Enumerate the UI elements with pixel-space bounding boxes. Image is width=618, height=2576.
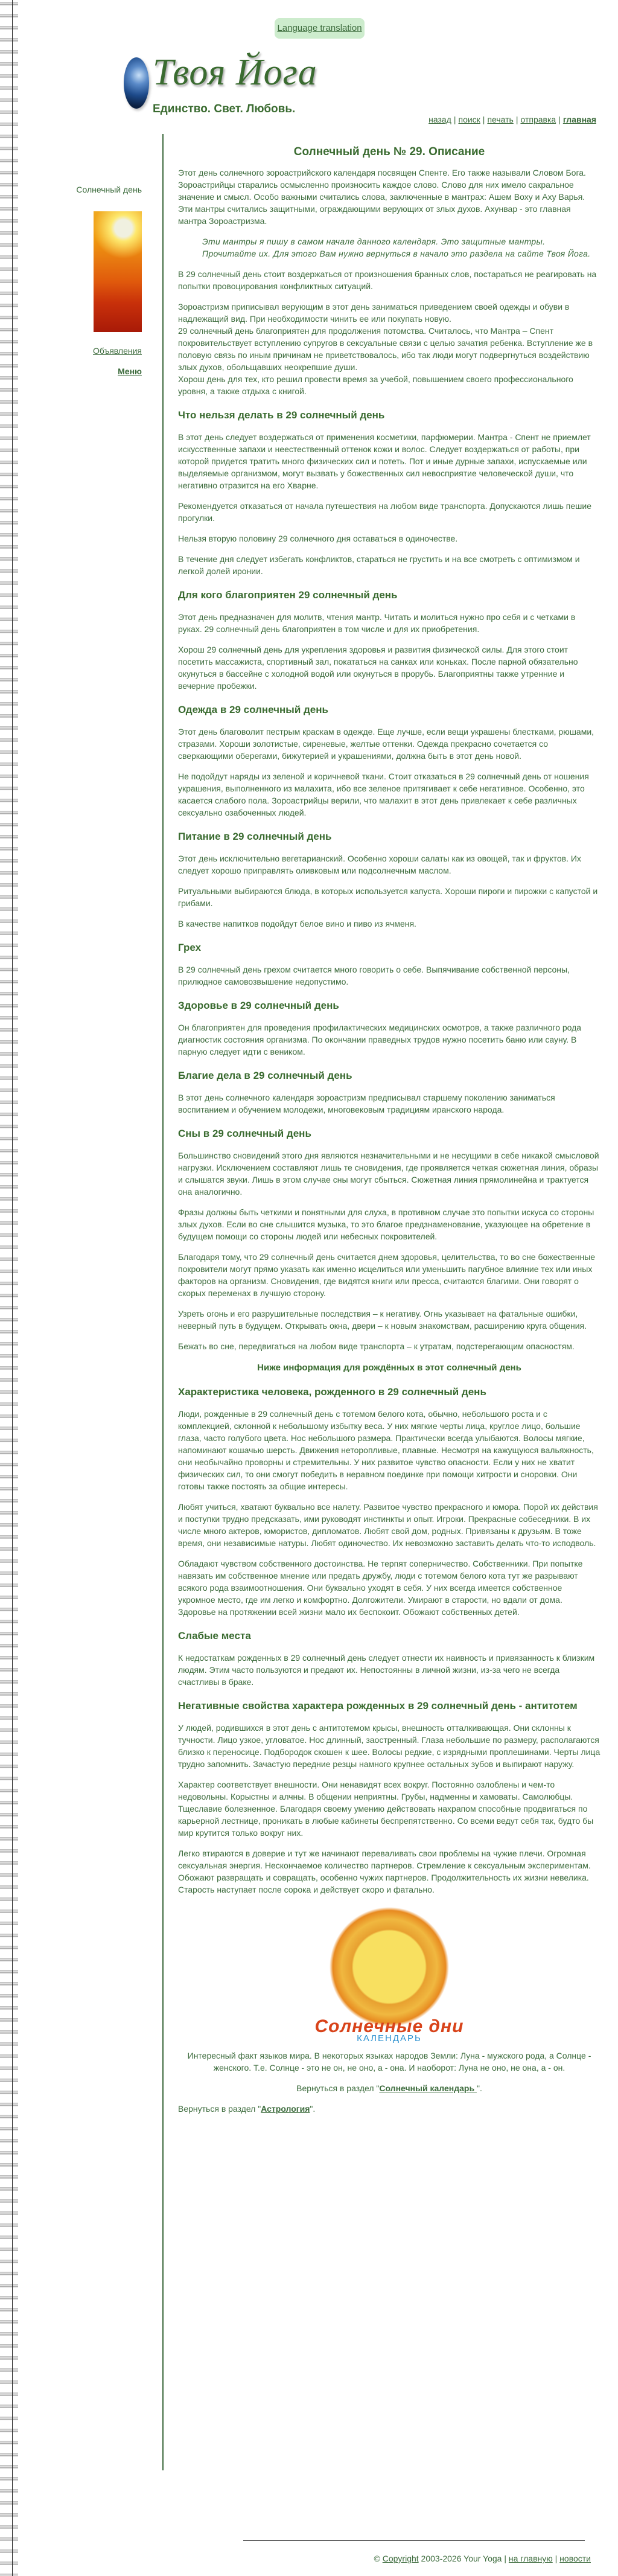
globe-logo-icon [124,57,149,109]
section-paragraph: В качестве напитков подойдут белое вино … [178,918,600,930]
article-content: Солнечный день № 29. Описание Этот день … [178,142,600,2123]
footer-news-link[interactable]: новости [559,2554,591,2563]
footer: © Copyright 2003-2026 Your Yoga | на гла… [374,2554,591,2563]
section-paragraph: У людей, родившихся в этот день с антито… [178,1722,600,1770]
language-translation-button[interactable]: Language translation [275,18,364,39]
section-paragraph: Большинство сновидений этого дня являютс… [178,1149,600,1198]
section-paragraph: В этот день следует воздержаться от прим… [178,431,600,491]
nav-search-link[interactable]: поиск [458,115,480,124]
solar-days-logo: Солнечные дни КАЛЕНДАРЬ [178,1906,600,2045]
footer-divider [243,2540,585,2541]
intro-line: Этот день солнечного зороастрийского кал… [178,168,586,177]
intro-line: Зороастрийцы старались осмысленно произн… [178,180,585,226]
section-paragraph: Люди, рожденные в 29 солнечный день с то… [178,1408,600,1492]
section-paragraph: Благодаря тому, что 29 солнечный день сч… [178,1251,600,1299]
nav-back-link[interactable]: назад [428,115,451,124]
section-paragraph: Хорош 29 солнечный день для укрепления з… [178,644,600,692]
solar-days-logo-title: Солнечные дни [178,2021,600,2033]
site-logo[interactable]: Твоя Йога [153,51,317,94]
solar-calendar-link[interactable]: Солнечный календарь [379,2083,477,2093]
nav-separator: | [558,115,561,124]
section-heading: Сны в 29 солнечный день [178,1127,600,1141]
interesting-fact: Интересный факт языков мира. В некоторых… [178,2050,600,2074]
section-paragraph: Нельзя вторую половину 29 солнечного дня… [178,532,600,545]
section-heading: Благие дела в 29 солнечный день [178,1069,600,1083]
section-paragraph: Узреть огонь и его разрушительные послед… [178,1308,600,1332]
author-quote: Эти мантры я пишу в самом начале данного… [202,235,600,260]
section-paragraph: Этот день благоволит пестрым краскам в о… [178,726,600,762]
nav-separator: | [454,115,456,124]
sidebar-section-label: Солнечный день [36,185,142,194]
footer-home-link[interactable]: на главную [509,2554,553,2563]
section-heading: Слабые места [178,1629,600,1643]
back-prefix: Вернуться в раздел " [296,2083,379,2093]
section-paragraph: Фразы должны быть четкими и понятными дл… [178,1206,600,1242]
site-header: Твоя Йога Единство. Свет. Любовь. [124,54,425,115]
back-suffix: ". [477,2083,482,2093]
section-paragraph: Рекомендуется отказаться от начала путеш… [178,500,600,524]
section-heading: Одежда в 29 солнечный день [178,703,600,717]
section-paragraph: Не подойдут наряды из зеленой и коричнев… [178,770,600,819]
section-paragraph: Бежать во сне, передвигаться на любом ви… [178,1340,600,1352]
section-paragraph: Ритуальными выбираются блюда, в которых … [178,885,600,909]
section-paragraph: Он благоприятен для проведения профилакт… [178,1021,600,1058]
back-to-astrology: Вернуться в раздел "Астрология". [178,2103,600,2115]
back-prefix: Вернуться в раздел " [178,2104,261,2114]
astrology-link[interactable]: Астрология [261,2104,310,2114]
born-sections: Характеристика человека, рожденного в 29… [178,1385,600,1896]
back-suffix: ". [310,2104,315,2114]
sun-face-icon [329,1906,450,2027]
section-paragraph: В 29 солнечный день грехом считается мно… [178,964,600,988]
section-heading: Грех [178,941,600,955]
nav-print-link[interactable]: печать [487,115,513,124]
section-paragraph: Характер соответствует внешности. Они не… [178,1779,600,1839]
section-paragraph: Этот день предназначен для молитв, чтени… [178,611,600,635]
section-heading: Здоровье в 29 солнечный день [178,999,600,1013]
section-paragraph: Легко втираются в доверие и тут же начин… [178,1847,600,1896]
born-heading: Ниже информация для рождённых в этот сол… [178,1362,600,1374]
sidebar: Солнечный день Объявления Меню [36,181,142,376]
content-divider [162,134,164,2470]
section-heading: Питание в 29 солнечный день [178,829,600,844]
back-to-calendar: Вернуться в раздел "Солнечный календарь … [178,2082,600,2094]
copyright-link[interactable]: Copyright [383,2554,419,2563]
sidebar-ads-link[interactable]: Объявления [36,346,142,356]
section-paragraph: К недостаткам рожденных в 29 солнечный д… [178,1652,600,1688]
section-heading: Негативные свойства характера рожденных … [178,1699,600,1713]
section-paragraph: Этот день исключительно вегетарианский. … [178,852,600,877]
footer-separator: | [555,2554,558,2563]
copyright-symbol: © [374,2554,380,2563]
text-line: Зороастризм приписывал верующим в этот д… [178,302,569,324]
intro-paragraph: Этот день солнечного зороастрийского кал… [178,167,600,227]
section-paragraph: Обладают чувством собственного достоинст… [178,1558,600,1618]
text-line: Хорош день для тех, кто решил провести в… [178,374,573,396]
solar-days-logo-subtitle: КАЛЕНДАРЬ [178,2033,600,2045]
paragraph: В 29 солнечный день стоит воздержаться о… [178,268,600,292]
section-heading: Для кого благоприятен 29 солнечный день [178,588,600,602]
language-bar: Language translation [0,18,618,39]
copyright-text: 2003-2026 Your Yoga [421,2554,502,2563]
sunset-image [94,211,142,332]
section-paragraph: В течение дня следует избегать конфликто… [178,553,600,577]
site-tagline: Единство. Свет. Любовь. [153,103,295,116]
nav-home-link[interactable]: главная [563,115,596,124]
text-line: 29 солнечный день благоприятен для продо… [178,326,593,372]
nav-separator: | [516,115,518,124]
section-heading: Характеристика человека, рожденного в 29… [178,1385,600,1399]
footer-separator: | [504,2554,506,2563]
nav-send-link[interactable]: отправка [520,115,556,124]
top-navigation: назад|поиск|печать|отправка|главная [428,115,596,124]
page-title: Солнечный день № 29. Описание [178,146,600,158]
section-paragraph: Любят учиться, хватают буквально все нал… [178,1501,600,1549]
spiral-binding-decoration [0,0,18,2576]
paragraph: Зороастризм приписывал верующим в этот д… [178,301,600,397]
nav-separator: | [483,115,485,124]
section-heading: Что нельзя делать в 29 солнечный день [178,408,600,423]
sidebar-menu-link[interactable]: Меню [36,366,142,376]
article-sections: Что нельзя делать в 29 солнечный деньВ э… [178,408,600,1352]
section-paragraph: В этот день солнечного календаря зороаст… [178,1091,600,1116]
